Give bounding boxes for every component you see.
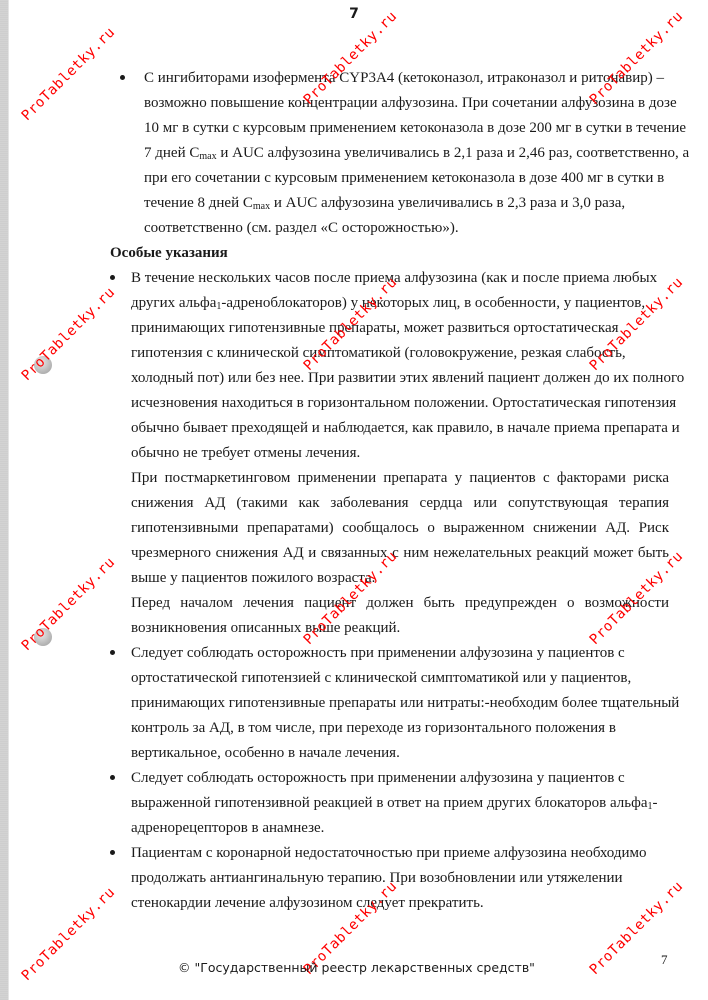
text-line: выше у пациентов пожилого возраста.: [131, 568, 375, 588]
scan-edge-line: [8, 0, 9, 1000]
page-number-bottom: 7: [661, 952, 668, 968]
bullet-icon: [110, 650, 115, 655]
watermark: ProTabletky.ru: [19, 284, 119, 384]
text-line: при его сочетании с курсовым применением…: [144, 168, 664, 188]
text-line: С ингибиторами изофермента CYP3A4 (кеток…: [144, 68, 664, 88]
text-line: принимающих гипотензивные препараты или …: [131, 693, 679, 713]
watermark: ProTabletky.ru: [19, 884, 119, 984]
scan-edge-strip: [0, 0, 8, 1000]
text-line: чрезмерного снижения АД и связанных с ни…: [131, 543, 669, 563]
text-line: принимающих гипотензивные препараты, мож…: [131, 318, 619, 338]
text-fragment: -: [653, 795, 658, 811]
text-fragment: течение 8 дней C: [144, 195, 253, 211]
text-line: снижения АД (такими как заболевания серд…: [131, 493, 669, 513]
scan-artifact-sphere: [34, 356, 52, 374]
text-line: Пациентам с коронарной недостаточностью …: [131, 843, 647, 863]
text-line: гипотензивными препаратами) сообщалось о…: [131, 518, 669, 538]
text-line: Следует соблюдать осторожность при приме…: [131, 768, 625, 788]
watermark: ProTabletky.ru: [19, 24, 119, 124]
text-fragment: -адреноблокаторов) у некоторых лиц, в ос…: [221, 295, 645, 311]
text-fragment: выраженной гипотензивной реакцией в отве…: [131, 795, 648, 811]
subscript: max: [199, 151, 216, 162]
bullet-icon: [110, 850, 115, 855]
scan-artifact-sphere: [34, 628, 52, 646]
section-heading: Особые указания: [110, 243, 228, 263]
text-line: течение 8 дней Cmax и AUC алфузозина уве…: [144, 193, 625, 217]
text-line: возможно повышение концентрации алфузози…: [144, 93, 677, 113]
text-line: гипотензия с клинической симптоматикой (…: [131, 343, 626, 363]
bullet-icon: [110, 275, 115, 280]
text-line: продолжать антиангинальную терапию. При …: [131, 868, 623, 888]
text-line: обычно бывает преходящей и наблюдается, …: [131, 418, 680, 438]
subscript: max: [253, 201, 270, 212]
text-line: соответственно (см. раздел «С осторожнос…: [144, 218, 459, 238]
text-line: В течение нескольких часов после приема …: [131, 268, 657, 288]
watermark: ProTabletky.ru: [587, 878, 687, 978]
text-line: обычно не требует отмены лечения.: [131, 443, 360, 463]
text-fragment: и AUC алфузозина увеличивались в 2,3 раз…: [270, 195, 625, 211]
text-line: При постмаркетинговом применении препара…: [131, 468, 669, 488]
text-fragment: других альфа: [131, 295, 216, 311]
text-line: возникновения описанных выше реакций.: [131, 618, 400, 638]
bullet-icon: [110, 775, 115, 780]
text-line: вертикальное, особенно в начале лечения.: [131, 743, 400, 763]
text-line: контроль за АД, в том числе, при переход…: [131, 718, 616, 738]
text-line: стенокардии лечение алфузозином следует …: [131, 893, 484, 913]
text-fragment: и AUC алфузозина увеличивались в 2,1 раз…: [217, 145, 690, 161]
text-line: Следует соблюдать осторожность при приме…: [131, 643, 625, 663]
text-line: Перед началом лечения пациент должен быт…: [131, 593, 669, 613]
text-line: холодный пот) или без нее. При развитии …: [131, 368, 684, 388]
text-line: других альфа1-адреноблокаторов) у некото…: [131, 293, 645, 317]
text-line: адренорецепторов в анамнезе.: [131, 818, 324, 838]
page-number-top: 7: [0, 6, 708, 22]
text-line: 10 мг в сутки с курсовым применением кет…: [144, 118, 686, 138]
text-line: ортостатической гипотензией с клиническо…: [131, 668, 631, 688]
bullet-icon: [120, 75, 125, 80]
text-line: исчезновения находиться в горизонтальном…: [131, 393, 676, 413]
footer-copyright: © "Государственный реестр лекарственных …: [178, 960, 535, 975]
text-line: 7 дней Cmax и AUC алфузозина увеличивали…: [144, 143, 689, 167]
text-line: выраженной гипотензивной реакцией в отве…: [131, 793, 658, 817]
text-fragment: 7 дней C: [144, 145, 199, 161]
